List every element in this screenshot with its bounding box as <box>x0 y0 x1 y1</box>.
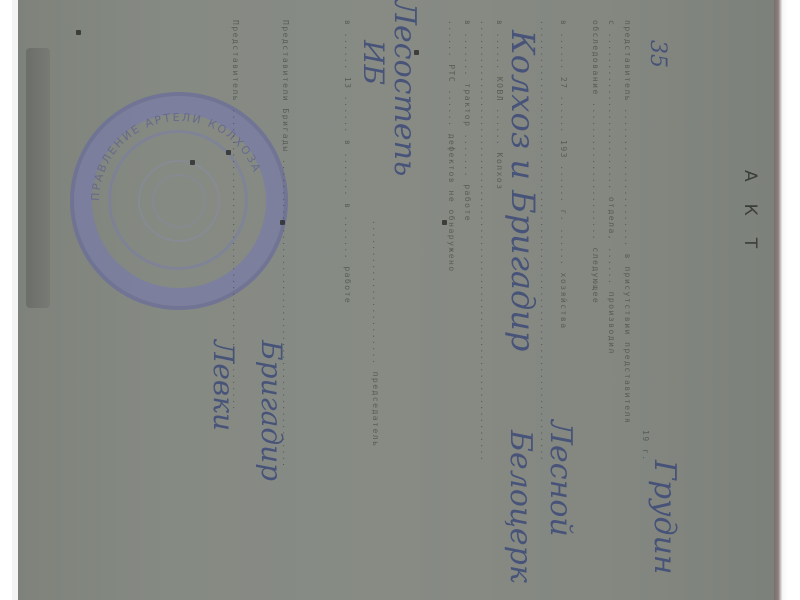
printed-line: в ...... КОВЛ ...... Колхоз <box>490 20 504 191</box>
printed-line: обследование ...................... след… <box>586 20 600 304</box>
signature: Левки <box>207 340 240 431</box>
printed-line: в ...... 27 ...... 193 ...... г. ...... … <box>554 20 568 330</box>
handwritten-entry: Колхоз и Бригадир <box>504 30 542 351</box>
printed-line: в ....... трактор ....... работе <box>458 20 472 222</box>
printed-line: ....................... председатель <box>366 220 380 447</box>
printed-line: ...... РТС ...... дефектов не обнаружено <box>442 20 456 273</box>
date-field: 19 г. <box>636 430 650 462</box>
handwritten-number: 35 <box>645 40 670 68</box>
handwritten-entry: Лесостепь <box>387 0 422 176</box>
handwritten-date: Грудин <box>647 460 682 575</box>
handwritten-entry: ИБ <box>357 40 390 85</box>
printed-line: с ......................... отдела, ....… <box>602 20 616 355</box>
handwritten-entry: Белоцерк <box>503 430 538 583</box>
printed-line: ........................................… <box>474 20 488 462</box>
scan-border-left <box>12 0 18 600</box>
document-content: АКТ 19 г. Грудин 35 представитель ......… <box>40 0 800 600</box>
printed-line: представитель ...................... в п… <box>618 20 632 424</box>
signature: Бригадир <box>255 340 288 481</box>
printed-line: в ...... 13 ...... в ....... в ....... р… <box>338 20 352 304</box>
document-title: АКТ <box>740 170 760 270</box>
handwritten-entry: Лесной <box>543 420 578 537</box>
